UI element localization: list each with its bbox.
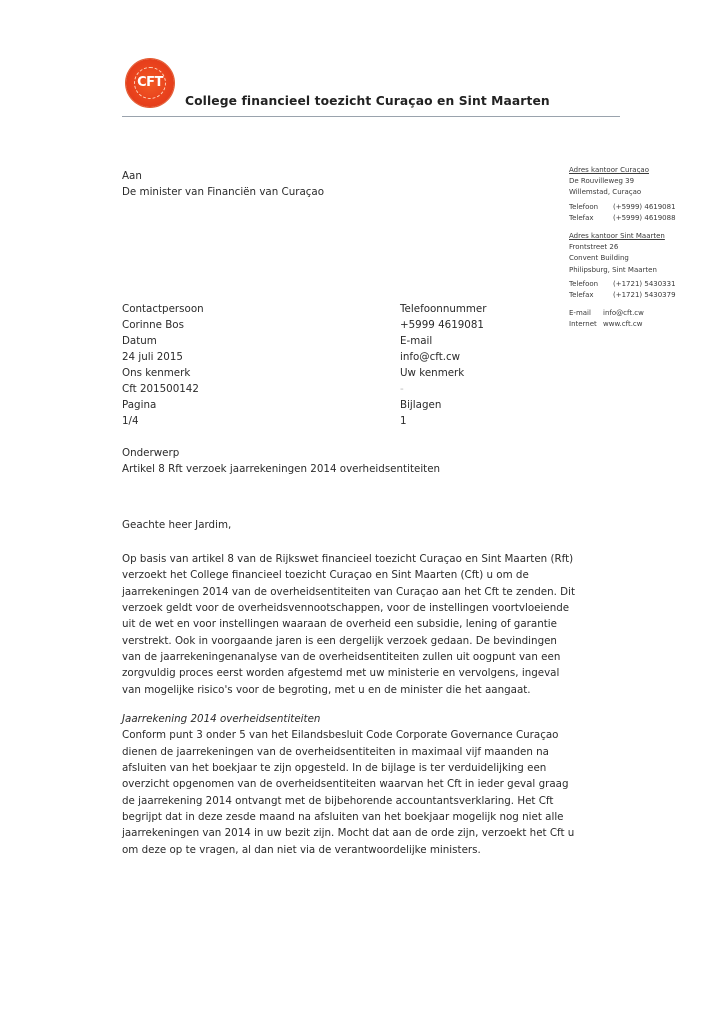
fax-label: Telefax bbox=[569, 290, 613, 301]
phone-number-label: Telefoonnummer bbox=[400, 301, 487, 317]
office-addresses: Adres kantoor Curaçao De Rouvilleweg 39 … bbox=[569, 165, 676, 331]
paragraph-line: begrijpt dat in deze zesde maand na afsl… bbox=[122, 809, 642, 825]
phone-label: Telefoon bbox=[569, 202, 613, 213]
page-label: Pagina bbox=[122, 397, 204, 413]
phone-number-value: +5999 4619081 bbox=[400, 317, 487, 333]
subject-value: Artikel 8 Rft verzoek jaarrekeningen 201… bbox=[122, 461, 440, 477]
paragraph-line: zorgvuldig proces eerst worden afgestemd… bbox=[122, 665, 642, 681]
paragraph-line: dienen de jaarrekeningen van de overheid… bbox=[122, 744, 642, 760]
cft-logo: CFT bbox=[126, 59, 174, 107]
curacao-address-line: Willemstad, Curaçao bbox=[569, 187, 676, 198]
paragraph-line: om deze op te vragen, al dan niet via de… bbox=[122, 842, 642, 858]
fax-label: Telefax bbox=[569, 213, 613, 224]
contact-person-label: Contactpersoon bbox=[122, 301, 204, 317]
sint-maarten-address-line: Frontstreet 26 bbox=[569, 242, 676, 253]
phone-label: Telefoon bbox=[569, 279, 613, 290]
paragraph-line: verstrekt. Ook in voorgaande jaren is ee… bbox=[122, 633, 642, 649]
email-value: info@cft.cw bbox=[400, 349, 487, 365]
salutation: Geachte heer Jardim, bbox=[122, 517, 231, 533]
paragraph-line: de jaarrekening 2014 ontvangt met de bij… bbox=[122, 793, 642, 809]
paragraph-2: Jaarrekening 2014 overheidsentiteiten Co… bbox=[122, 711, 642, 858]
paragraph-line: overzicht opgenomen van de overheidsenti… bbox=[122, 776, 642, 792]
our-reference-label: Ons kenmerk bbox=[122, 365, 204, 381]
meta-left-column: Contactpersoon Corinne Bos Datum 24 juli… bbox=[122, 301, 204, 429]
date-label: Datum bbox=[122, 333, 204, 349]
sint-maarten-address-line: Convent Building bbox=[569, 253, 676, 264]
date-value: 24 juli 2015 bbox=[122, 349, 204, 365]
attachments-value: 1 bbox=[400, 413, 487, 429]
paragraph-line: van de jaarrekeningenanalyse van de over… bbox=[122, 649, 642, 665]
curacao-fax-row: Telefax(+5999) 4619088 bbox=[569, 213, 676, 224]
paragraph-line: van mogelijke risico's voor de begroting… bbox=[122, 682, 642, 698]
recipient-label: Aan bbox=[122, 168, 142, 184]
paragraph-line: verzoek geldt voor de overheidsvennootsc… bbox=[122, 600, 642, 616]
paragraph-line: Op basis van artikel 8 van de Rijkswet f… bbox=[122, 551, 642, 567]
our-reference-value: Cft 201500142 bbox=[122, 381, 204, 397]
website-link[interactable]: www.cft.cw bbox=[603, 320, 643, 328]
organization-title: College financieel toezicht Curaçao en S… bbox=[185, 94, 550, 108]
internet-label: Internet bbox=[569, 319, 603, 330]
email-row: E-mailinfo@cft.cw bbox=[569, 308, 676, 319]
paragraph-line: Conform punt 3 onder 5 van het Eilandsbe… bbox=[122, 727, 642, 743]
sint-maarten-office-heading: Adres kantoor Sint Maarten bbox=[569, 231, 676, 242]
paragraph-1: Op basis van artikel 8 van de Rijkswet f… bbox=[122, 551, 642, 698]
curacao-address-line: De Rouvilleweg 39 bbox=[569, 176, 676, 187]
paragraph-line: afsluiten van het boekjaar te zijn opges… bbox=[122, 760, 642, 776]
curacao-office-heading: Adres kantoor Curaçao bbox=[569, 165, 676, 176]
curacao-phone: (+5999) 4619081 bbox=[613, 203, 676, 211]
paragraph-line: verzoekt het College financieel toezicht… bbox=[122, 567, 642, 583]
paragraph-line: jaarrekeningen van 2014 in uw bezit zijn… bbox=[122, 825, 642, 841]
paragraph-line: uit de wet en voor instellingen waaraan … bbox=[122, 616, 642, 632]
recipient-name: De minister van Financiën van Curaçao bbox=[122, 184, 324, 200]
meta-right-column: Telefoonnummer +5999 4619081 E-mail info… bbox=[400, 301, 487, 429]
internet-row: Internetwww.cft.cw bbox=[569, 319, 676, 330]
attachments-label: Bijlagen bbox=[400, 397, 487, 413]
curacao-phone-row: Telefoon(+5999) 4619081 bbox=[569, 202, 676, 213]
page-value: 1/4 bbox=[122, 413, 204, 429]
header-divider bbox=[122, 116, 620, 117]
logo-text: CFT bbox=[126, 59, 174, 107]
sint-maarten-address-line: Philipsburg, Sint Maarten bbox=[569, 265, 676, 276]
paragraph-line: jaarrekeningen 2014 van de overheidsenti… bbox=[122, 584, 642, 600]
sint-maarten-phone: (+1721) 5430331 bbox=[613, 280, 676, 288]
sint-maarten-fax-row: Telefax(+1721) 5430379 bbox=[569, 290, 676, 301]
email-link[interactable]: info@cft.cw bbox=[603, 309, 644, 317]
your-reference-label: Uw kenmerk bbox=[400, 365, 487, 381]
email-label: E-mail bbox=[569, 308, 603, 319]
your-reference-value: - bbox=[400, 381, 487, 397]
sint-maarten-phone-row: Telefoon(+1721) 5430331 bbox=[569, 279, 676, 290]
email-label: E-mail bbox=[400, 333, 487, 349]
contact-person-value: Corinne Bos bbox=[122, 317, 204, 333]
curacao-fax: (+5999) 4619088 bbox=[613, 214, 676, 222]
section-heading: Jaarrekening 2014 overheidsentiteiten bbox=[122, 711, 642, 727]
sint-maarten-fax: (+1721) 5430379 bbox=[613, 291, 676, 299]
subject-label: Onderwerp bbox=[122, 445, 179, 461]
